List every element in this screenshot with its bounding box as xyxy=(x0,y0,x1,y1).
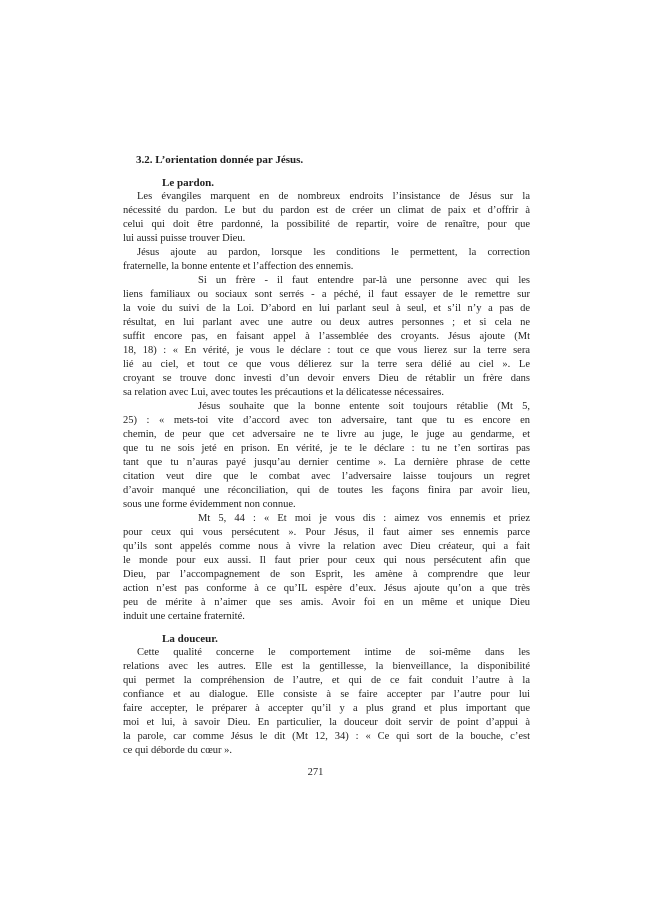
text-line: 18, 18) : « En vérité, je vous le déclar… xyxy=(123,344,530,358)
text-line: qui permet la compréhension de l’autre, … xyxy=(123,674,530,688)
document-page: 3.2. L’orientation donnée par Jésus. Le … xyxy=(0,0,650,920)
text-line: Si un frère - il faut entendre par-là un… xyxy=(123,274,530,288)
text-line: suffit encore pas, en faisant appel à l’… xyxy=(123,330,530,344)
text-line: liens familiaux ou sociaux sont serrés -… xyxy=(123,288,530,302)
text-line: Les évangiles marquent en de nombreux en… xyxy=(123,190,530,204)
text-line: sa relation avec Lui, avec toutes les pr… xyxy=(123,386,530,400)
text-line: la voie du suivi de la Loi. D’abord en l… xyxy=(123,302,530,316)
section-heading: 3.2. L’orientation donnée par Jésus. xyxy=(136,153,530,167)
text-line: la parole, car comme Jésus le dit (Mt 12… xyxy=(123,730,530,744)
page-number-row: 271 xyxy=(0,762,631,780)
text-line: résultat, en lui parlant avec une autre … xyxy=(123,316,530,330)
paragraph: Mt 5, 44 : « Et moi je vous dis : aimez … xyxy=(123,512,530,624)
text-line: Dieu, par l’accompagnement de son Esprit… xyxy=(123,568,530,582)
text-line: action n’est pas conforme à ce qu’IL esp… xyxy=(123,582,530,596)
text-line: confiance et au dialogue. Elle consiste … xyxy=(123,688,530,702)
text-line: pour ceux qui vous persécutent ». Pour J… xyxy=(123,526,530,540)
text-line: peu de mérite à n’aimer que ses amis. Av… xyxy=(123,596,530,610)
text-line: qu’ils sont appelés comme nous à vivre l… xyxy=(123,540,530,554)
text-line: que tu ne sois jeté en prison. En vérité… xyxy=(123,442,530,456)
text-line: sous une forme évidemment non connue. xyxy=(123,498,530,512)
text-line: relations avec les autres. Elle est la g… xyxy=(123,660,530,674)
paragraph: Si un frère - il faut entendre par-là un… xyxy=(123,274,530,400)
text-line: chemin, de peur que cet adversaire ne te… xyxy=(123,428,530,442)
text-line: d’avoir manqué une réconciliation, qui d… xyxy=(123,484,530,498)
paragraph: Cette qualité concerne le comportement i… xyxy=(123,646,530,758)
text-line: Jésus souhaite que la bonne entente soit… xyxy=(123,400,530,414)
text-line: tant que tu n’auras payé jusqu’au dernie… xyxy=(123,456,530,470)
text-line: Mt 5, 44 : « Et moi je vous dis : aimez … xyxy=(123,512,530,526)
sections: Le pardon.Les évangiles marquent en de n… xyxy=(123,176,530,758)
text-line: croyant se trouve donc investi d’un devo… xyxy=(123,372,530,386)
page-number: 271 xyxy=(308,766,324,780)
text-line: fraternelle, la bonne entente et l’affec… xyxy=(123,260,530,274)
page-content: 3.2. L’orientation donnée par Jésus. Le … xyxy=(123,153,530,758)
text-line: lié au ciel, et tout ce que vous déliere… xyxy=(123,358,530,372)
text-line: citation veut dire que le combat avec l’… xyxy=(123,470,530,484)
subsection-heading: Le pardon. xyxy=(162,176,530,190)
text-line: ce qui déborde du cœur ». xyxy=(123,744,530,758)
text-line: le monde pour eux aussi. Il faut prier p… xyxy=(123,554,530,568)
text-line: induit une certaine fraternité. xyxy=(123,610,530,624)
text-line: faire accepter, le préparer à accepter q… xyxy=(123,702,530,716)
text-line: Jésus ajoute au pardon, lorsque les cond… xyxy=(123,246,530,260)
text-line: nécessité du pardon. Le but du pardon es… xyxy=(123,204,530,218)
text-line: lui aussi puisse trouver Dieu. xyxy=(123,232,530,246)
paragraph: Jésus ajoute au pardon, lorsque les cond… xyxy=(123,246,530,274)
subsection-heading: La douceur. xyxy=(162,632,530,646)
paragraph: Les évangiles marquent en de nombreux en… xyxy=(123,190,530,246)
text-line: Cette qualité concerne le comportement i… xyxy=(123,646,530,660)
paragraph: Jésus souhaite que la bonne entente soit… xyxy=(123,400,530,512)
text-line: moi et lui, à savoir Dieu. En particulie… xyxy=(123,716,530,730)
text-line: 25) : « mets-toi vite d’accord avec ton … xyxy=(123,414,530,428)
text-line: celui qui doit être pardonné, la possibi… xyxy=(123,218,530,232)
